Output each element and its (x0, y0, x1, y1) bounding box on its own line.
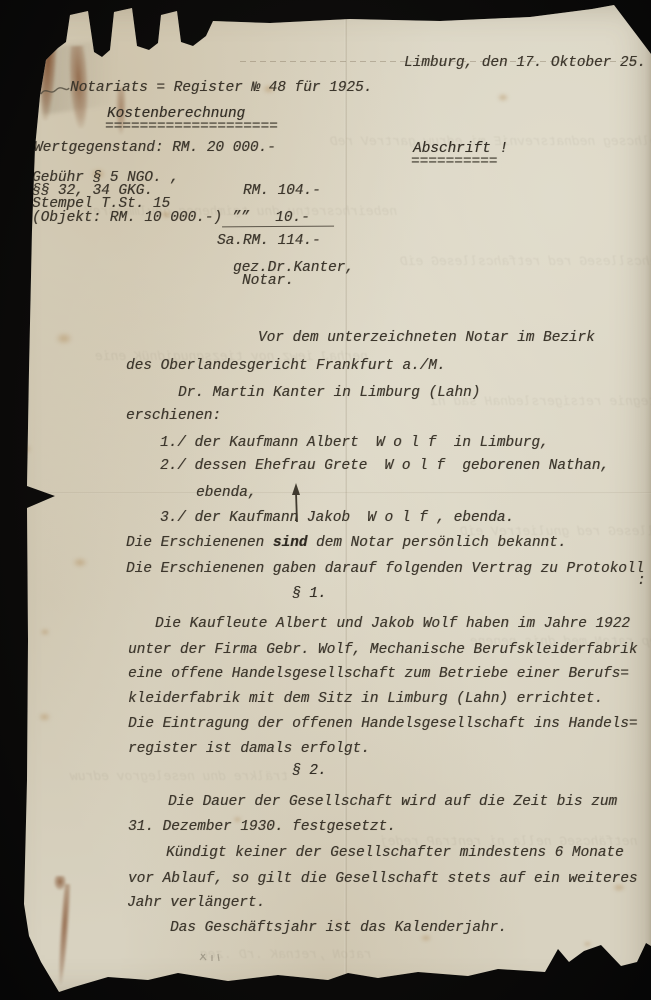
fox-spot (18, 444, 32, 454)
body-line-party-1: 1./ der Kaufmann Albert W o l f in Limbu… (160, 435, 549, 452)
section-heading-2: § 2. (292, 763, 327, 780)
bekannt-pre: Die Erschienenen (126, 535, 273, 551)
rust-stain (37, 12, 59, 121)
body-line: Dr. Martin Kanter in Limburg (Lahn) (178, 385, 480, 402)
body-line: unter der Firma Gebr. Wolf, Mechanische … (128, 642, 638, 659)
fee-amount-underline (222, 210, 334, 228)
rust-stain (54, 876, 66, 890)
fox-spot (55, 332, 73, 345)
body-line: Die Erschienenen gaben darauf folgenden … (126, 561, 644, 578)
section-heading-1: § 1. (292, 586, 327, 603)
fox-spot (497, 93, 509, 102)
body-line: Die Dauer der Gesellschaft wird auf die … (168, 794, 617, 811)
fee-amount-1: RM. 104.- (243, 183, 321, 200)
signature-title: Notar. (242, 273, 294, 290)
body-line: Jahr verlängert. (127, 895, 265, 912)
scan-background: { "colors": { "background": "#0b0a09", "… (0, 0, 651, 1000)
bekannt-emphasis: sind (273, 535, 308, 551)
fee-line-4: (Objekt: RM. 10 000.-) (32, 210, 222, 227)
fox-spot (583, 941, 592, 947)
abschrift-underline: ========== (411, 154, 497, 171)
body-line: vor Ablauf, so gilt die Gesellschaft ste… (128, 871, 638, 888)
bleedthrough-text: tfahcslleseG red retfahcslleseG eiD (400, 255, 651, 268)
rust-stain (57, 884, 72, 984)
body-line: erschienen: (126, 408, 221, 425)
body-line: register ist damals erfolgt. (128, 741, 370, 758)
bekannt-post: dem Notar persönlich bekannt. (307, 535, 566, 551)
body-line-party-3: 3./ der Kaufmann Jakob W o l f , ebenda. (160, 510, 514, 527)
body-line: des Oberlandesgericht Frankfurt a./M. (126, 358, 446, 375)
pencil-scribble (198, 952, 224, 964)
body-line: Kündigt keiner der Gesellschafter mindes… (166, 845, 624, 862)
body-line: kleiderfabrik mit dem Sitz in Limburg (L… (128, 691, 603, 708)
bleedthrough-text: trälkre dnu neselegrov edruw (70, 770, 288, 783)
document-paper: nessolhcseg nednatsrevniE mi edruw gartr… (0, 0, 651, 1000)
fox-spot (38, 712, 51, 722)
body-line: Die Eintragung der offenen Handelsgesell… (128, 716, 638, 733)
bleedthrough-text: ratoN ,retnaK .rD .zeg (200, 948, 372, 961)
body-line-party-2: 2./ dessen Ehefrau Grete W o l f geboren… (160, 458, 609, 475)
crumple-shading (34, 31, 172, 114)
fox-spot (72, 557, 88, 568)
dateline: Limburg, den 17. Oktober 25. (404, 55, 646, 72)
body-line-bekannt: Die Erschienenen sind dem Notar persönli… (126, 535, 566, 552)
body-line: eine offene Handelsgesellschaft zum Betr… (128, 666, 629, 683)
hanging-colon: : (637, 573, 646, 590)
body-line: Die Kaufleute Albert und Jakob Wolf habe… (155, 616, 630, 633)
fold-crease-middle (26, 492, 651, 494)
body-line: 31. Dezember 1930. festgesetzt. (128, 819, 396, 836)
sum-line: Sa.RM. 114.- (217, 233, 321, 250)
body-line: Das Geschäftsjahr ist das Kalenderjahr. (170, 920, 507, 937)
handwritten-mark (40, 84, 70, 98)
fox-spot (40, 628, 50, 636)
register-line: Notariats = Register № 48 für 1925. (70, 80, 372, 97)
value-line: Wertgegenstand: RM. 20 000.- (34, 140, 276, 157)
cost-heading-underline: ==================== (105, 119, 278, 136)
body-line: Vor dem unterzeichneten Notar im Bezirk (258, 330, 595, 347)
body-line: ebenda, (196, 485, 256, 502)
